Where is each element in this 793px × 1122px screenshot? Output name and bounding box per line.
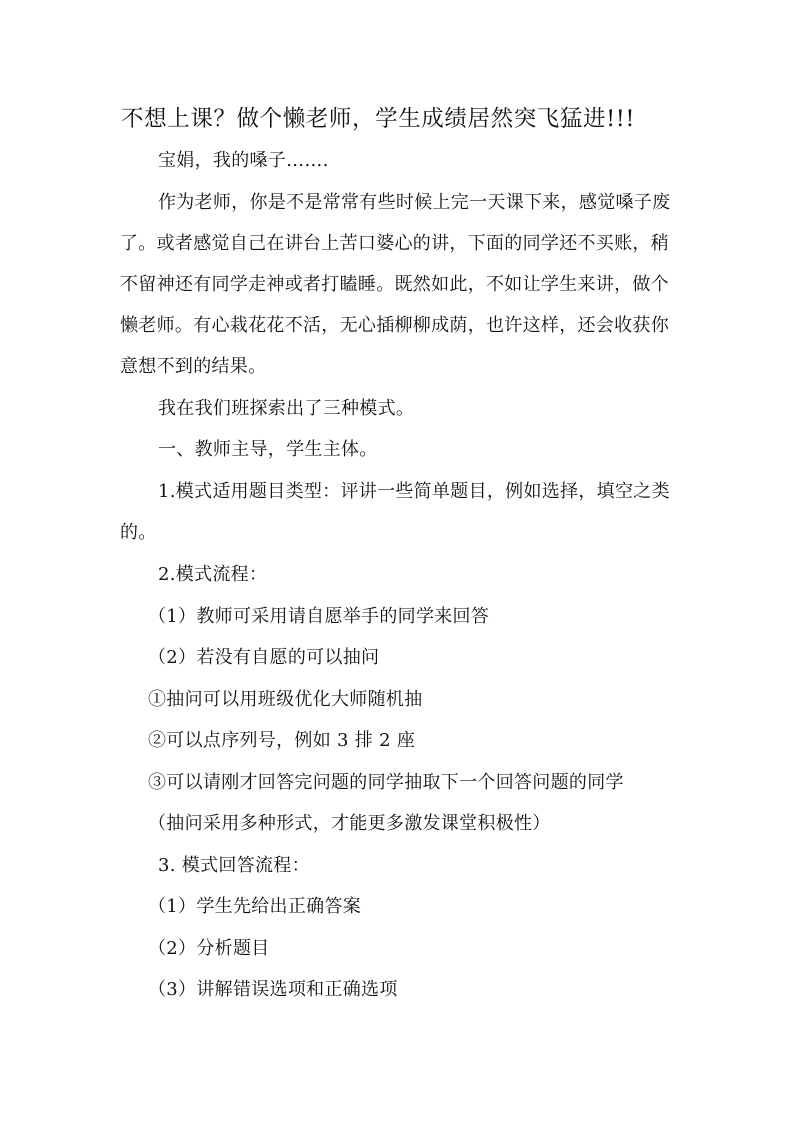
item-3-heading: 3. 模式回答流程： bbox=[158, 845, 714, 887]
item-1-line-1: 1.模式适用题目类型：评讲一些简单题目，例如选择，填空之类 bbox=[158, 471, 714, 513]
item-3-sub-2: （2）分析题目 bbox=[148, 928, 704, 970]
item-2-circled-3: ③可以请刚才回答完问题的同学抽取下一个回答问题的同学 bbox=[148, 762, 704, 804]
item-2-circled-1: ①抽问可以用班级优化大师随机抽 bbox=[148, 679, 704, 721]
item-2-circled-2: ②可以点序列号，例如 3 排 2 座 bbox=[148, 720, 704, 762]
greeting-paragraph: 宝娟，我的嗓子……. bbox=[158, 140, 714, 182]
intro-line-2: 了。或者感觉自己在讲台上苦口婆心的讲，下面的同学还不买账，稍 bbox=[120, 223, 676, 265]
item-2-sub-1: （1）教师可采用请自愿举手的同学来回答 bbox=[148, 596, 704, 638]
intro-line-5: 意想不到的结果。 bbox=[120, 346, 676, 388]
item-3-sub-3: （3）讲解错误选项和正确选项 bbox=[148, 969, 704, 1011]
item-2-sub-2: （2）若没有自愿的可以抽问 bbox=[148, 637, 704, 679]
intro-line-3: 不留神还有同学走神或者打瞌睡。既然如此，不如让学生来讲，做个 bbox=[120, 264, 676, 306]
document-page: 不想上课？做个懒老师，学生成绩居然突飞猛进!!! 宝娟，我的嗓子……. 作为老师… bbox=[0, 0, 793, 1122]
item-2-note: （抽问采用多种形式，才能更多激发课堂积极性） bbox=[148, 803, 704, 845]
intro-line-1: 作为老师，你是不是常常有些时候上完一天课下来，感觉嗓子废 bbox=[158, 182, 714, 224]
intro-line-4: 懒老师。有心栽花花不活，无心插柳柳成荫，也许这样，还会收获你 bbox=[120, 305, 676, 347]
item-1-line-2: 的。 bbox=[120, 512, 676, 554]
item-2-heading: 2.模式流程： bbox=[158, 554, 714, 596]
item-3-sub-1: （1）学生先给出正确答案 bbox=[148, 886, 704, 928]
document-title: 不想上课？做个懒老师，学生成绩居然突飞猛进!!! bbox=[121, 101, 635, 133]
modes-intro-paragraph: 我在我们班探索出了三种模式。 bbox=[158, 388, 714, 430]
section-1-heading: 一、教师主导，学生主体。 bbox=[158, 429, 714, 471]
